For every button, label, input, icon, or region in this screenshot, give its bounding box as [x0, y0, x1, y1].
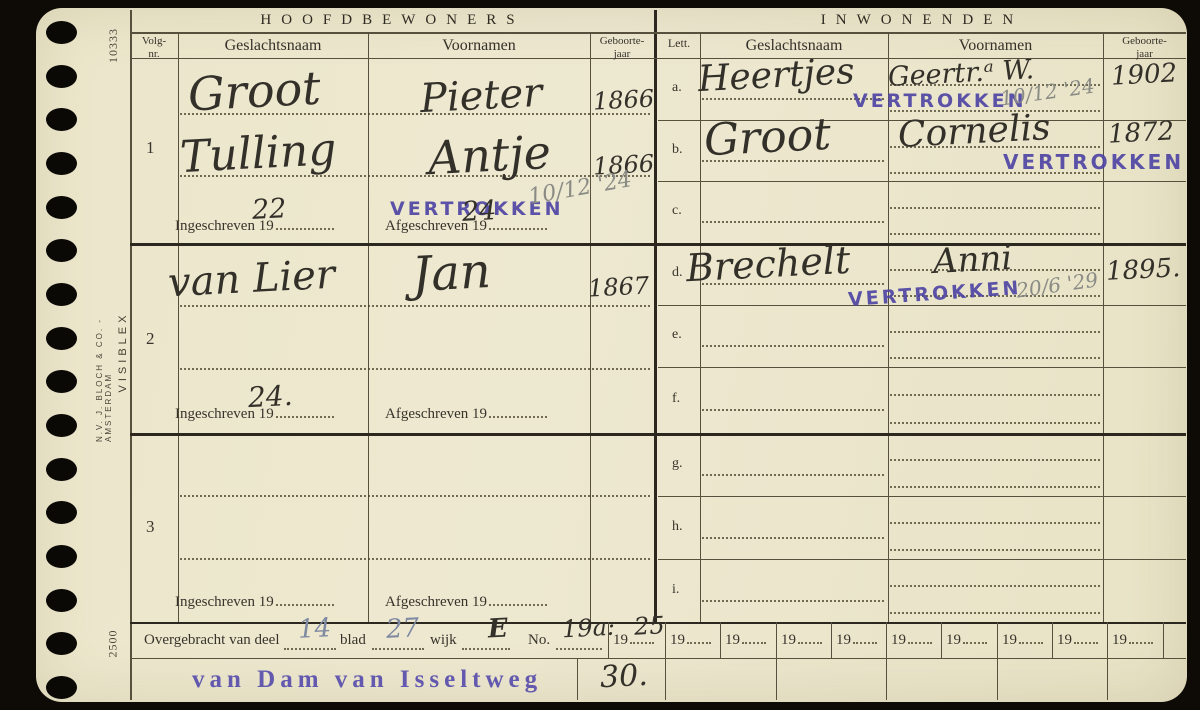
write-line — [890, 585, 1100, 587]
write-line — [180, 558, 650, 560]
letter-label: h. — [672, 519, 683, 535]
letter-label: i. — [672, 582, 679, 598]
letter-label: g. — [672, 456, 683, 472]
write-line — [180, 368, 650, 370]
write-line — [687, 642, 711, 644]
year-cell: 19 — [891, 632, 932, 649]
grid-line — [886, 622, 887, 658]
grid-line — [941, 622, 942, 658]
col-header-geslachtsnaam: Geslachtsnaam — [178, 37, 368, 55]
write-line — [276, 604, 334, 606]
wijk-value: E — [487, 615, 508, 642]
grid-line — [831, 622, 832, 658]
printer-company: N.V. J. BLOCH & CO. - AMSTERDAM — [95, 262, 113, 442]
year-prefix: 19 — [725, 632, 740, 648]
year-cell: 19 — [1002, 632, 1043, 649]
grid-line — [577, 658, 578, 700]
letter-label: f. — [672, 391, 680, 407]
write-line — [890, 422, 1100, 424]
col-header-voornamen: Voornamen — [368, 37, 590, 55]
punch-hole — [46, 239, 77, 262]
write-line — [556, 648, 602, 650]
punch-hole — [46, 632, 77, 655]
brand-name: VISIBLEX — [117, 312, 129, 393]
surname-value: Heertjes — [697, 54, 855, 98]
transfer-label-no: No. — [528, 632, 550, 649]
write-line — [890, 394, 1100, 396]
write-line — [702, 600, 884, 602]
write-line — [908, 642, 932, 644]
surname-value: van Lier — [167, 255, 336, 304]
grid-line — [1052, 622, 1053, 658]
col-header-lett: Lett. — [658, 36, 700, 51]
surname-value: Groot — [703, 113, 832, 164]
write-line — [890, 486, 1100, 488]
write-line — [890, 357, 1100, 359]
scanned-register-card-page: 10333 N.V. J. BLOCH & CO. - AMSTERDAM VI… — [0, 0, 1200, 710]
inwonenden-row-c: c. — [658, 181, 1186, 243]
transfer-label-deel: Overgebracht van deel — [144, 632, 280, 649]
grid-line — [776, 622, 777, 658]
hoofdbewoners-row-2: 2 van Lier Jan 1867 Ingeschreven 19 24. … — [130, 243, 655, 433]
write-line — [702, 474, 884, 476]
firstnames-value: Anni — [932, 241, 1013, 279]
label-text: Afgeschreven 19 — [385, 406, 487, 422]
year-cell: 19 — [670, 632, 711, 649]
right-section-title: INWONENDEN — [658, 12, 1186, 29]
house-number-value: 30. — [599, 661, 648, 693]
write-line — [798, 642, 822, 644]
grid-line — [1163, 622, 1164, 658]
grid-line — [665, 658, 666, 700]
afgeschreven-value: 24 — [461, 197, 497, 226]
letter-label: e. — [672, 327, 682, 343]
punch-hole — [46, 589, 77, 612]
write-line — [890, 612, 1100, 614]
year-prefix: 19 — [781, 632, 796, 648]
form-number-top: 10333 — [106, 28, 121, 63]
inwonenden-row-h: h. — [658, 496, 1186, 559]
surname-value: Groot — [187, 65, 322, 118]
ingeschreven-value: 22 — [251, 195, 287, 224]
year-cell: 19 — [836, 632, 877, 649]
write-line — [702, 221, 884, 223]
write-line — [890, 331, 1100, 333]
year-cell: 19 — [946, 632, 987, 649]
punch-hole — [46, 65, 77, 88]
write-line — [1019, 642, 1043, 644]
grid-line — [886, 658, 887, 700]
grid-line — [720, 622, 721, 658]
transfer-label-blad: blad — [340, 632, 366, 649]
birthyear-value: 1902 — [1110, 60, 1177, 89]
punch-hole — [46, 21, 77, 44]
blad-value: 27 — [385, 615, 419, 643]
label-text: Afgeschreven 19 — [385, 594, 487, 610]
birthyear-value: 1867 — [587, 273, 649, 300]
punch-hole — [46, 108, 77, 131]
row-number: 2 — [146, 329, 155, 349]
year-prefix: 19 — [613, 632, 628, 648]
year-prefix: 19 — [1112, 632, 1127, 648]
year-cell: 19 — [725, 632, 766, 649]
year-prefix: 19 — [946, 632, 961, 648]
grid-line — [997, 658, 998, 700]
letter-label: c. — [672, 203, 682, 219]
write-line — [276, 416, 334, 418]
write-line — [489, 604, 547, 606]
surname-value: Tulling — [179, 128, 337, 180]
row-number: 3 — [146, 517, 155, 537]
write-line — [963, 642, 987, 644]
write-line — [489, 228, 547, 230]
year-cell: 19 — [1057, 632, 1098, 649]
write-line — [702, 345, 884, 347]
grid-line — [1107, 658, 1108, 700]
punch-hole — [46, 545, 77, 568]
write-line — [702, 537, 884, 539]
firstnames-value: Jan — [411, 247, 492, 299]
inwonenden-row-a: a. Heertjes Geertr.ᵃ W. 1902 VERTROKKEN … — [658, 58, 1186, 120]
year-prefix: 19 — [836, 632, 851, 648]
ingeschreven-value: 24. — [247, 382, 293, 412]
year-prefix: 19 — [1057, 632, 1072, 648]
form-number-bottom: 2500 — [106, 630, 121, 658]
grid-line — [1107, 622, 1108, 658]
grid-line — [776, 658, 777, 700]
firstnames-value: Antje — [427, 129, 552, 181]
label-text: Ingeschreven 19 — [175, 594, 274, 610]
write-line — [372, 648, 424, 650]
write-line — [1129, 642, 1153, 644]
inwonenden-row-i: i. — [658, 559, 1186, 622]
inwonenden-row-b: b. Groot Cornelis 1872 VERTROKKEN — [658, 120, 1186, 181]
write-line — [462, 648, 510, 650]
birthyear-value: 1866 — [592, 86, 654, 113]
write-line — [853, 642, 877, 644]
year-cell: 19 — [1112, 632, 1153, 649]
write-line — [742, 642, 766, 644]
letter-label: b. — [672, 142, 683, 158]
transfer-label-wijk: wijk — [430, 632, 457, 649]
write-line — [890, 207, 1100, 209]
write-line — [890, 522, 1100, 524]
punch-hole — [46, 501, 77, 524]
ingeschreven-label: Ingeschreven 19 — [175, 594, 334, 611]
hoofdbewoners-row-3: 3 Ingeschreven 19 Afgeschreven 19 — [130, 433, 655, 622]
afgeschreven-label: Afgeschreven 19 — [385, 406, 547, 423]
grid-line — [130, 32, 1186, 34]
vertrokken-stamp: VERTROKKEN — [1003, 150, 1184, 174]
deel-value: 14 — [297, 615, 331, 643]
birthyear-value: 1872 — [1107, 118, 1174, 147]
col-header-voornamen-r: Voornamen — [888, 37, 1103, 55]
punch-hole — [46, 458, 77, 481]
year-prefix: 19 — [1002, 632, 1017, 648]
write-line — [890, 233, 1100, 235]
write-line — [180, 495, 650, 497]
inwonenden-row-e: e. — [658, 305, 1186, 367]
letter-label: a. — [672, 80, 682, 96]
birthyear-value: 1895. — [1105, 255, 1181, 285]
write-line — [890, 459, 1100, 461]
write-line — [630, 642, 654, 644]
punch-hole — [46, 676, 77, 699]
letter-label: d. — [672, 265, 683, 281]
col-header-geslachtsnaam-r: Geslachtsnaam — [700, 37, 888, 55]
no-value: 19a: — [561, 615, 615, 642]
grid-line — [997, 622, 998, 658]
hoofdbewoners-row-1: 1 Groot Pieter 1866 Tulling Antje 1866 V… — [130, 58, 655, 243]
first-year-value: 25 — [633, 613, 665, 639]
surname-value: Brechelt — [685, 241, 851, 288]
row-number: 1 — [146, 138, 155, 158]
firstnames-value: Cornelis — [897, 110, 1051, 154]
year-prefix: 19 — [670, 632, 685, 648]
write-line — [890, 549, 1100, 551]
write-line — [276, 228, 334, 230]
write-line — [702, 409, 884, 411]
punch-hole — [46, 196, 77, 219]
inwonenden-row-f: f. — [658, 367, 1186, 433]
punch-hole — [46, 152, 77, 175]
left-section-title: HOOFDBEWONERS — [130, 12, 655, 29]
write-line — [284, 648, 336, 650]
write-line — [180, 305, 650, 307]
inwonenden-row-d: d. Brechelt Anni 1895. VERTROKKEN 20/6 '… — [658, 243, 1186, 305]
inwonenden-row-g: g. — [658, 433, 1186, 496]
firstnames-value: Pieter — [419, 73, 543, 119]
street-name-stamp: van Dam van Isseltweg — [192, 666, 542, 694]
write-line — [1074, 642, 1098, 644]
year-prefix: 19 — [891, 632, 906, 648]
year-cell: 19 — [781, 632, 822, 649]
afgeschreven-label: Afgeschreven 19 — [385, 594, 547, 611]
write-line — [489, 416, 547, 418]
grid-line — [130, 658, 1186, 659]
